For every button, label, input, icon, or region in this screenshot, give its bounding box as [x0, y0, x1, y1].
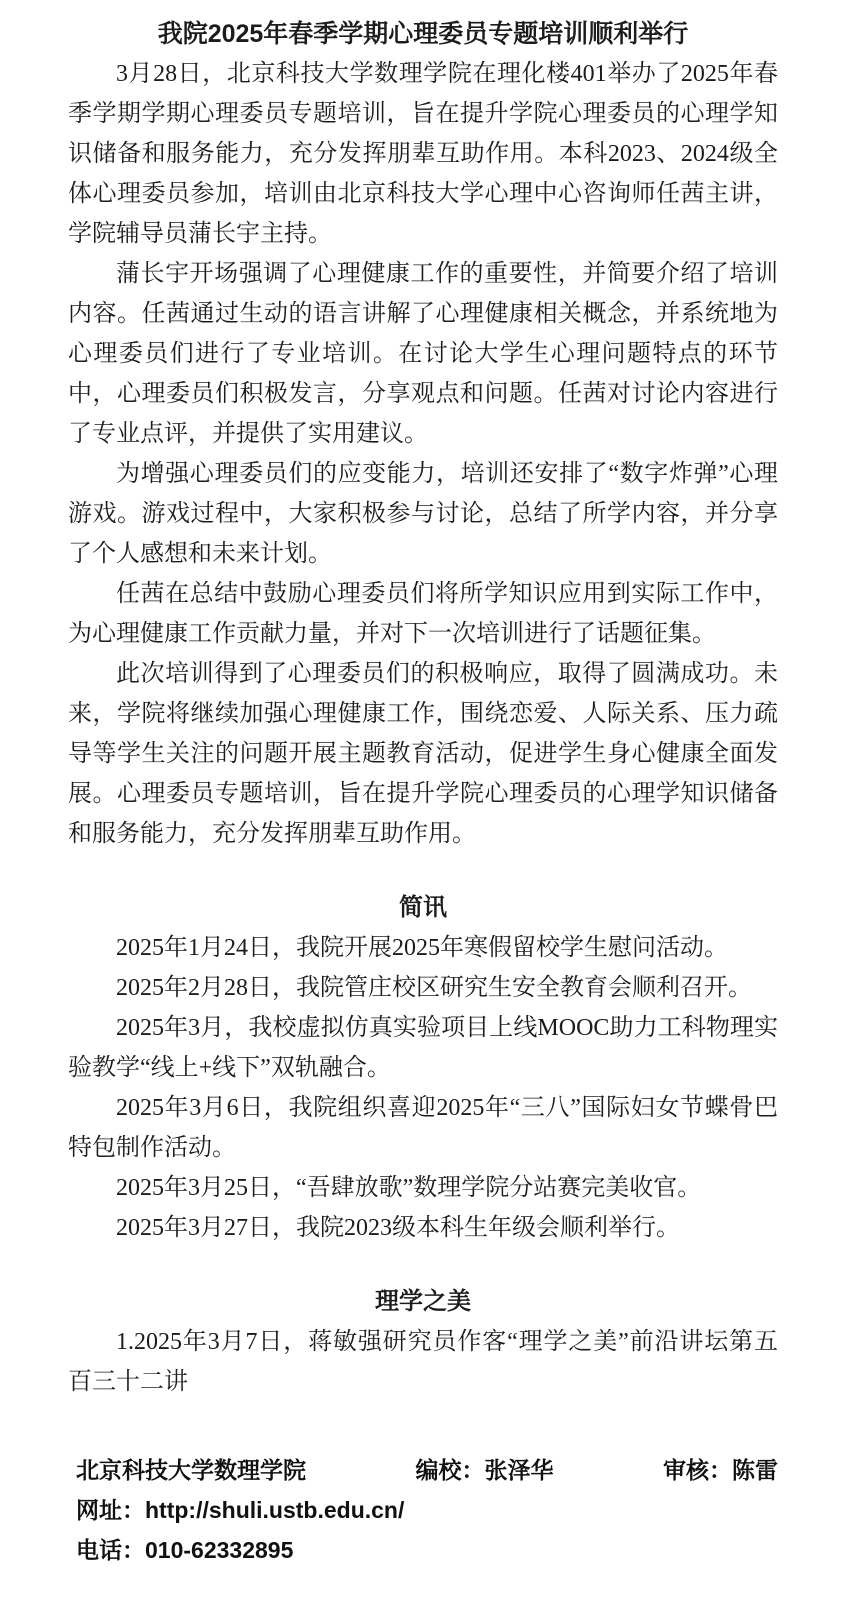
brief-item: 2025年1月24日，我院开展2025年寒假留校学生慰问活动。	[68, 928, 778, 968]
brief-item: 2025年2月28日，我院管庄校区研究生安全教育会顺利召开。	[68, 968, 778, 1008]
article-paragraph: 为增强心理委员们的应变能力，培训还安排了“数字炸弹”心理游戏。游戏过程中，大家积…	[68, 454, 778, 574]
footer-website-label: 网址：	[76, 1497, 145, 1523]
brief-item: 2025年3月27日，我院2023级本科生年级会顺利举行。	[68, 1208, 778, 1248]
article-paragraph: 任茜在总结中鼓励心理委员们将所学知识应用到实际工作中，为心理健康工作贡献力量，并…	[68, 574, 778, 654]
article-paragraph: 3月28日，北京科技大学数理学院在理化楼401举办了2025年春季学期学期心理委…	[68, 54, 778, 254]
footer-website-row: 网址：http://shuli.ustb.edu.cn/	[76, 1490, 778, 1530]
briefs-heading: 简讯	[68, 888, 778, 928]
article-body: 3月28日，北京科技大学数理学院在理化楼401举办了2025年春季学期学期心理委…	[68, 54, 778, 854]
footer-meta-row: 北京科技大学数理学院 编校：张泽华 审核：陈雷	[76, 1450, 778, 1490]
footer-editor-label: 编校：	[416, 1457, 485, 1483]
science-beauty-section: 1.2025年3月7日，蒋敏强研究员作客“理学之美”前沿讲坛第五百三十二讲	[68, 1322, 778, 1402]
footer-phone-label: 电话：	[76, 1537, 145, 1563]
article-paragraph: 蒲长宇开场强调了心理健康工作的重要性，并简要介绍了培训内容。任茜通过生动的语言讲…	[68, 254, 778, 454]
brief-item: 2025年3月25日，“吾肆放歌”数理学院分站赛完美收官。	[68, 1168, 778, 1208]
science-beauty-heading: 理学之美	[68, 1282, 778, 1322]
brief-item: 2025年3月6日，我院组织喜迎2025年“三八”国际妇女节蝶骨巴特包制作活动。	[68, 1088, 778, 1168]
footer-editor-name: 张泽华	[485, 1457, 554, 1483]
footer-phone-row: 电话：010-62332895	[76, 1530, 778, 1570]
brief-item: 2025年3月，我校虚拟仿真实验项目上线MOOC助力工科物理实验教学“线上+线下…	[68, 1008, 778, 1088]
footer-phone-number: 010-62332895	[145, 1537, 293, 1563]
footer-reviewer: 审核：陈雷	[663, 1450, 778, 1490]
article-paragraph: 此次培训得到了心理委员们的积极响应，取得了圆满成功。未来，学院将继续加强心理健康…	[68, 654, 778, 854]
article-title: 我院2025年春季学期心理委员专题培训顺利举行	[68, 14, 778, 54]
footer-editor: 编校：张泽华	[416, 1450, 554, 1490]
footer-reviewer-name: 陈雷	[732, 1457, 778, 1483]
footer-org: 北京科技大学数理学院	[76, 1450, 306, 1490]
science-beauty-item: 1.2025年3月7日，蒋敏强研究员作客“理学之美”前沿讲坛第五百三十二讲	[68, 1322, 778, 1402]
briefs-section: 2025年1月24日，我院开展2025年寒假留校学生慰问活动。 2025年2月2…	[68, 928, 778, 1248]
footer-reviewer-label: 审核：	[663, 1457, 732, 1483]
newsletter-page: 我院2025年春季学期心理委员专题培训顺利举行 3月28日，北京科技大学数理学院…	[0, 0, 844, 1600]
footer-website-url: http://shuli.ustb.edu.cn/	[145, 1497, 404, 1523]
footer: 北京科技大学数理学院 编校：张泽华 审核：陈雷 网址：http://shuli.…	[68, 1450, 778, 1570]
